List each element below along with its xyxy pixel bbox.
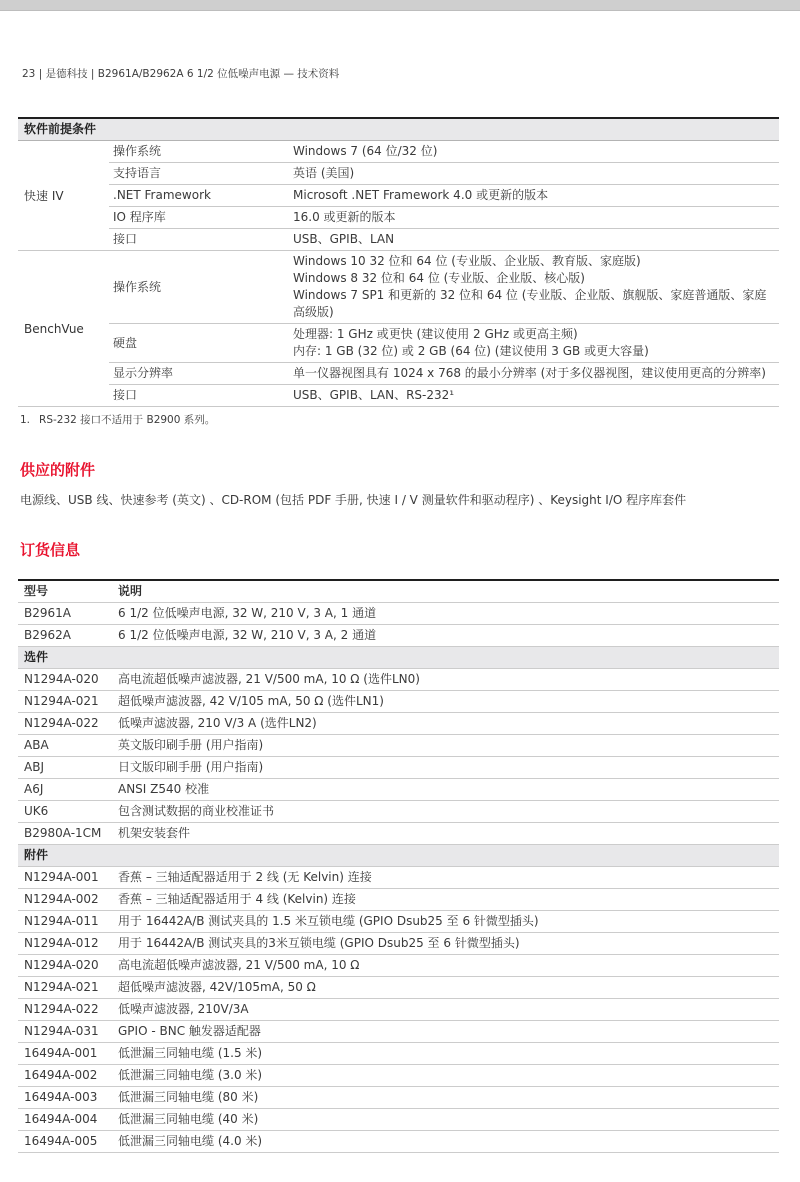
- row-label: IO 程序库: [109, 207, 291, 228]
- desc-cell: 超低噪声滤波器, 42 V/105 mA, 50 Ω (选件LN1): [118, 691, 779, 712]
- model-cell: 16494A-005: [18, 1131, 118, 1152]
- row-label: 接口: [109, 385, 291, 406]
- table-row: N1294A-020 高电流超低噪声滤波器, 21 V/500 mA, 10 Ω: [18, 955, 779, 977]
- table-row: N1294A-022 低噪声滤波器, 210 V/3 A (选件LN2): [18, 713, 779, 735]
- desc-cell: 低泄漏三同轴电缆 (3.0 米): [118, 1065, 779, 1086]
- model-cell: N1294A-021: [18, 691, 118, 712]
- row-value: 16.0 或更新的版本: [291, 207, 779, 228]
- desc-cell: 低泄漏三同轴电缆 (80 米): [118, 1087, 779, 1108]
- desc-cell: 日文版印刷手册 (用户指南): [118, 757, 779, 778]
- model-cell: B2961A: [18, 603, 118, 624]
- footnote-text: RS-232 接口不适用于 B2900 系列。: [39, 414, 215, 426]
- table-row: A6J ANSI Z540 校准: [18, 779, 779, 801]
- viewer-top-edge: [0, 0, 800, 11]
- accessories-text: 电源线、USB 线、快速参考 (英文) 、CD-ROM (包括 PDF 手册, …: [20, 492, 765, 508]
- model-cell: N1294A-022: [18, 999, 118, 1020]
- desc-cell: 香蕉 – 三轴适配器适用于 2 线 (无 Kelvin) 连接: [118, 867, 779, 888]
- desc-cell: GPIO - BNC 触发器适配器: [118, 1021, 779, 1042]
- desc-cell: 用于 16442A/B 测试夹具的 1.5 米互锁电缆 (GPIO Dsub25…: [118, 911, 779, 932]
- model-cell: ABJ: [18, 757, 118, 778]
- table-row: N1294A-002 香蕉 – 三轴适配器适用于 4 线 (Kelvin) 连接: [18, 889, 779, 911]
- row-value: 处理器: 1 GHz 或更快 (建议使用 2 GHz 或更高主频) 内存: 1 …: [291, 324, 779, 362]
- model-cell: B2962A: [18, 625, 118, 646]
- row-label: 显示分辨率: [109, 363, 291, 384]
- model-cell: UK6: [18, 801, 118, 822]
- desc-cell: 超低噪声滤波器, 42V/105mA, 50 Ω: [118, 977, 779, 998]
- model-cell: N1294A-022: [18, 713, 118, 734]
- table-row: N1294A-011 用于 16442A/B 测试夹具的 1.5 米互锁电缆 (…: [18, 911, 779, 933]
- group-label: 快速 IV: [18, 141, 109, 250]
- table-row: N1294A-001 香蕉 – 三轴适配器适用于 2 线 (无 Kelvin) …: [18, 867, 779, 889]
- table-row: 16494A-002 低泄漏三同轴电缆 (3.0 米): [18, 1065, 779, 1087]
- table-row: 硬盘 处理器: 1 GHz 或更快 (建议使用 2 GHz 或更高主频) 内存:…: [109, 323, 779, 362]
- section-heading-ordering: 订货信息: [20, 541, 800, 559]
- row-label: 接口: [109, 229, 291, 250]
- desc-cell: 低泄漏三同轴电缆 (1.5 米): [118, 1043, 779, 1064]
- table-row: N1294A-012 用于 16442A/B 测试夹具的3米互锁电缆 (GPIO…: [18, 933, 779, 955]
- row-label: 操作系统: [109, 277, 291, 298]
- table-row: ABA 英文版印刷手册 (用户指南): [18, 735, 779, 757]
- table-row: ABJ 日文版印刷手册 (用户指南): [18, 757, 779, 779]
- table-row: B2980A-1CM 机架安装套件: [18, 823, 779, 845]
- section-heading-accessories: 供应的附件: [20, 461, 800, 479]
- model-cell: A6J: [18, 779, 118, 800]
- desc-cell: 机架安装套件: [118, 823, 779, 844]
- table-header-row: 型号 说明: [18, 581, 779, 603]
- footnote: 1.RS-232 接口不适用于 B2900 系列。: [20, 412, 800, 427]
- section-row-accessories: 附件: [18, 845, 779, 867]
- table-row: 16494A-001 低泄漏三同轴电缆 (1.5 米): [18, 1043, 779, 1065]
- table-row: UK6 包含测试数据的商业校准证书: [18, 801, 779, 823]
- table-row: .NET Framework Microsoft .NET Framework …: [109, 184, 779, 206]
- desc-cell: 高电流超低噪声滤波器, 21 V/500 mA, 10 Ω: [118, 955, 779, 976]
- table-row: IO 程序库 16.0 或更新的版本: [109, 206, 779, 228]
- model-cell: 16494A-004: [18, 1109, 118, 1130]
- table-row: N1294A-021 超低噪声滤波器, 42V/105mA, 50 Ω: [18, 977, 779, 999]
- table-title: 软件前提条件: [18, 119, 779, 141]
- model-cell: 16494A-003: [18, 1087, 118, 1108]
- row-label: 支持语言: [109, 163, 291, 184]
- desc-cell: 低泄漏三同轴电缆 (4.0 米): [118, 1131, 779, 1152]
- desc-cell: 包含测试数据的商业校准证书: [118, 801, 779, 822]
- desc-cell: ANSI Z540 校准: [118, 779, 779, 800]
- desc-cell: 英文版印刷手册 (用户指南): [118, 735, 779, 756]
- model-cell: N1294A-011: [18, 911, 118, 932]
- model-cell: N1294A-001: [18, 867, 118, 888]
- table-row: 16494A-003 低泄漏三同轴电缆 (80 米): [18, 1087, 779, 1109]
- desc-cell: 6 1/2 位低噪声电源, 32 W, 210 V, 3 A, 2 通道: [118, 625, 779, 646]
- model-cell: 16494A-001: [18, 1043, 118, 1064]
- model-cell: N1294A-031: [18, 1021, 118, 1042]
- table-row: 16494A-004 低泄漏三同轴电缆 (40 米): [18, 1109, 779, 1131]
- section-row-options: 选件: [18, 647, 779, 669]
- table-row: 支持语言 英语 (美国): [109, 162, 779, 184]
- table-row: 16494A-005 低泄漏三同轴电缆 (4.0 米): [18, 1131, 779, 1153]
- table-row: 操作系统 Windows 10 32 位和 64 位 (专业版、企业版、教育版、…: [109, 251, 779, 323]
- table-row: 接口 USB、GPIB、LAN: [109, 228, 779, 250]
- table-row: N1294A-020 高电流超低噪声滤波器, 21 V/500 mA, 10 Ω…: [18, 669, 779, 691]
- table-row: 显示分辨率 单一仪器视图具有 1024 x 768 的最小分辨率 (对于多仪器视…: [109, 362, 779, 384]
- page-header: 23 | 是德科技 | B2961A/B2962A 6 1/2 位低噪声电源 —…: [22, 66, 800, 81]
- row-value: Windows 7 (64 位/32 位): [291, 141, 779, 162]
- row-value: USB、GPIB、LAN、RS-232¹: [291, 385, 779, 406]
- column-header-model: 型号: [18, 581, 118, 602]
- model-cell: ABA: [18, 735, 118, 756]
- prereq-group-benchvue: BenchVue 操作系统 Windows 10 32 位和 64 位 (专业版…: [18, 251, 779, 407]
- model-cell: N1294A-002: [18, 889, 118, 910]
- column-header-description: 说明: [118, 581, 779, 602]
- row-value: USB、GPIB、LAN: [291, 229, 779, 250]
- model-cell: N1294A-020: [18, 955, 118, 976]
- model-cell: 16494A-002: [18, 1065, 118, 1086]
- model-cell: N1294A-012: [18, 933, 118, 954]
- group-rows: 操作系统 Windows 10 32 位和 64 位 (专业版、企业版、教育版、…: [109, 251, 779, 406]
- ordering-table: 型号 说明 B2961A 6 1/2 位低噪声电源, 32 W, 210 V, …: [18, 579, 779, 1153]
- desc-cell: 高电流超低噪声滤波器, 21 V/500 mA, 10 Ω (选件LN0): [118, 669, 779, 690]
- table-row: N1294A-031 GPIO - BNC 触发器适配器: [18, 1021, 779, 1043]
- table-row: B2962A 6 1/2 位低噪声电源, 32 W, 210 V, 3 A, 2…: [18, 625, 779, 647]
- table-row: N1294A-022 低噪声滤波器, 210V/3A: [18, 999, 779, 1021]
- row-label: 操作系统: [109, 141, 291, 162]
- row-value: Windows 10 32 位和 64 位 (专业版、企业版、教育版、家庭版) …: [291, 251, 779, 323]
- footnote-number: 1.: [20, 414, 30, 426]
- desc-cell: 低噪声滤波器, 210 V/3 A (选件LN2): [118, 713, 779, 734]
- group-label: BenchVue: [18, 251, 109, 406]
- software-prerequisites-table: 软件前提条件 快速 IV 操作系统 Windows 7 (64 位/32 位) …: [18, 117, 779, 407]
- desc-cell: 低噪声滤波器, 210V/3A: [118, 999, 779, 1020]
- table-row: B2961A 6 1/2 位低噪声电源, 32 W, 210 V, 3 A, 1…: [18, 603, 779, 625]
- table-row: 操作系统 Windows 7 (64 位/32 位): [109, 141, 779, 162]
- row-value: 英语 (美国): [291, 163, 779, 184]
- desc-cell: 香蕉 – 三轴适配器适用于 4 线 (Kelvin) 连接: [118, 889, 779, 910]
- document-page: 23 | 是德科技 | B2961A/B2962A 6 1/2 位低噪声电源 —…: [0, 66, 800, 1153]
- desc-cell: 用于 16442A/B 测试夹具的3米互锁电缆 (GPIO Dsub25 至 6…: [118, 933, 779, 954]
- row-label: .NET Framework: [109, 185, 291, 206]
- model-cell: N1294A-021: [18, 977, 118, 998]
- group-rows: 操作系统 Windows 7 (64 位/32 位) 支持语言 英语 (美国) …: [109, 141, 779, 250]
- model-cell: N1294A-020: [18, 669, 118, 690]
- row-label: 硬盘: [109, 333, 291, 354]
- model-cell: B2980A-1CM: [18, 823, 118, 844]
- desc-cell: 6 1/2 位低噪声电源, 32 W, 210 V, 3 A, 1 通道: [118, 603, 779, 624]
- prereq-group-quick-iv: 快速 IV 操作系统 Windows 7 (64 位/32 位) 支持语言 英语…: [18, 141, 779, 251]
- row-value: Microsoft .NET Framework 4.0 或更新的版本: [291, 185, 779, 206]
- row-value: 单一仪器视图具有 1024 x 768 的最小分辨率 (对于多仪器视图，建议使用…: [291, 363, 779, 384]
- table-row: 接口 USB、GPIB、LAN、RS-232¹: [109, 384, 779, 406]
- desc-cell: 低泄漏三同轴电缆 (40 米): [118, 1109, 779, 1130]
- table-row: N1294A-021 超低噪声滤波器, 42 V/105 mA, 50 Ω (选…: [18, 691, 779, 713]
